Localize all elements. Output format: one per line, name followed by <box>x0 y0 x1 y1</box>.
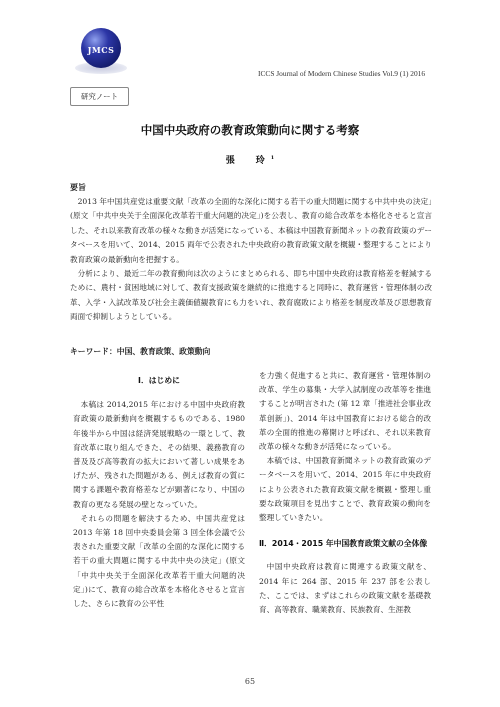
abstract-body: 2013 年中国共産党は重要文献「改革の全面的な深化に関する若干の重大問題に関す… <box>70 195 432 325</box>
abstract-heading: 要旨 <box>70 182 86 193</box>
body-paragraph: を力強く促進すると共に、教育運営・管理体制の改革、学生の募集・大学入試制度の改革… <box>259 369 431 454</box>
keywords: キーワード：中国、教育政策、政策動向 <box>70 346 210 357</box>
left-column: Ⅰ．はじめに 本稿は 2014,2015 年における中国中央政府教育政策の最新動… <box>73 365 245 611</box>
body-paragraph: それらの問題を解決するため、中国共産党は 2013 年第 18 回中央委員会第 … <box>73 512 245 611</box>
page-number: 65 <box>0 677 500 686</box>
category-label: 研究ノート <box>70 87 129 106</box>
journal-logo: JMCS <box>78 28 124 74</box>
section-heading-introduction: Ⅰ．はじめに <box>73 374 245 388</box>
author-footnote-marker: 1 <box>271 155 274 161</box>
body-paragraph: 本稿では、中国教育新聞ネットの教育政策のデータベースを用いて、2014、2015… <box>259 454 431 525</box>
abstract-paragraph: 2013 年中国共産党は重要文献「改革の全面的な深化に関する若干の重大問題に関す… <box>70 195 432 267</box>
logo-sphere-icon: JMCS <box>81 28 121 68</box>
body-paragraph: 本稿は 2014,2015 年における中国中央政府教育政策の最新動向を概観するも… <box>73 398 245 512</box>
body-paragraph: 中国中央政府は教育に関連する政策文献を、2014 年に 264 部、2015 年… <box>259 560 431 617</box>
logo-text: JMCS <box>88 45 115 55</box>
author-line: 張 玲1 <box>0 153 500 166</box>
abstract-paragraph: 分析により、最近二年の教育動向は次のようにまとめられる、即ち中国中央政府は教育格… <box>70 267 432 325</box>
author-name: 張 玲 <box>226 156 271 166</box>
section-heading-overview: Ⅱ．2014・2015 年中国教育政策文献の全体像 <box>259 537 431 551</box>
right-column: を力強く促進すると共に、教育運営・管理体制の改革、学生の募集・大学入試制度の改革… <box>259 369 431 617</box>
article-title: 中国中央政府の教育政策動向に関する考察 <box>0 122 500 138</box>
journal-citation: ICCS Journal of Modern Chinese Studies V… <box>258 69 425 78</box>
